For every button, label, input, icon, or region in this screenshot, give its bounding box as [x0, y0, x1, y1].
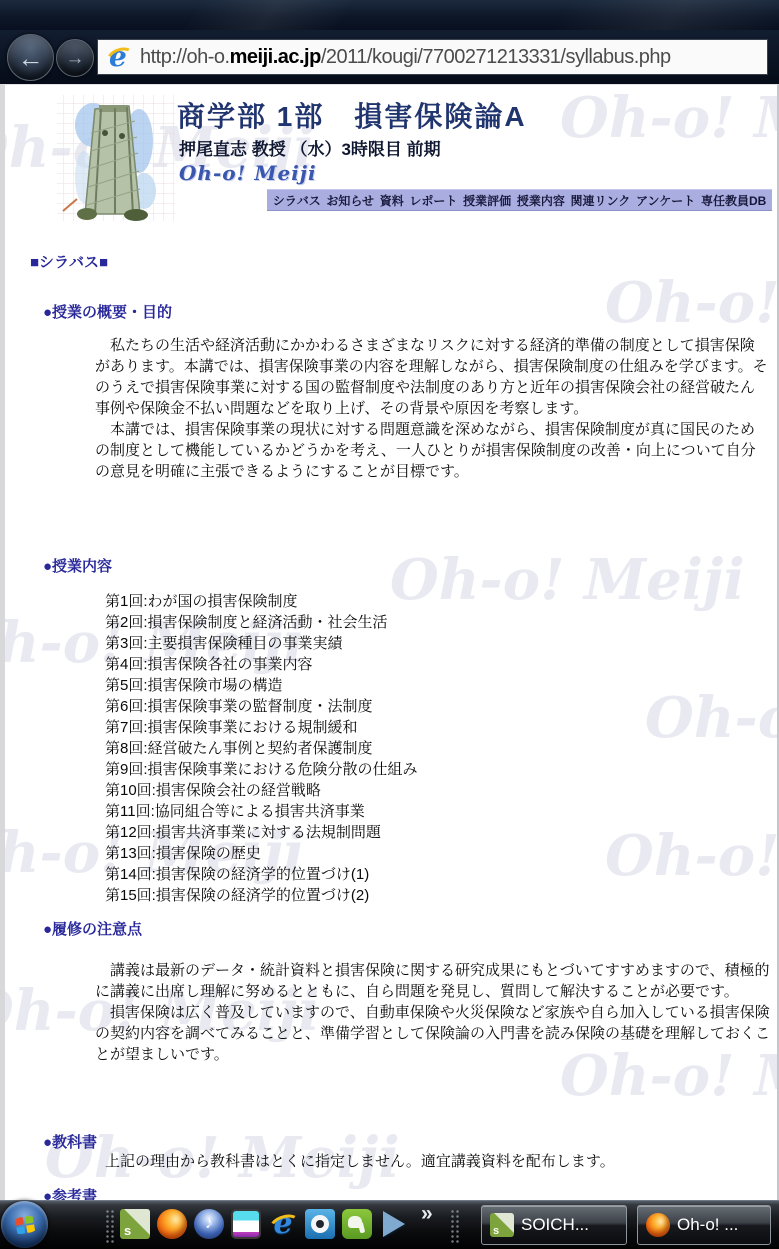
section-heading-reference: ●参考書 — [43, 1185, 97, 1200]
overview-paragraphs: 私たちの生活や経済活動にかかわるさまざまなリスクに対する経済的準備の制度として損… — [95, 335, 769, 533]
taskbar-window-label: Oh-o! ... — [677, 1215, 738, 1235]
media-app-icon[interactable] — [305, 1209, 335, 1239]
week-item: 第8回:経営破たん事例と契約者保護制度 — [105, 738, 705, 759]
shell-app-icon: s — [490, 1213, 514, 1237]
media-player-icon[interactable] — [379, 1209, 409, 1239]
address-bar[interactable]: e http://oh-o.meiji.ac.jp/2011/kougi/770… — [97, 39, 768, 75]
oh-o-meiji-logo: Oh-o! Meiji — [179, 161, 317, 185]
week-item: 第1回:わが国の損害保険制度 — [105, 591, 705, 612]
ie-favicon: e — [106, 44, 132, 70]
shell-app-icon[interactable]: s — [120, 1209, 150, 1239]
taskbar-window-oh-o-meiji[interactable]: Oh-o! ... — [637, 1205, 771, 1245]
watermark-text: Oh-o! Meiji — [560, 85, 779, 151]
window-titlebar[interactable] — [0, 0, 779, 30]
overview-paragraph-1: 私たちの生活や経済活動にかかわるさまざまなリスクに対する経済的準備の制度として損… — [95, 335, 769, 419]
taskbar: s ♪ e » s SOICH... Oh-o! ... — [0, 1200, 779, 1249]
back-button[interactable]: ← — [7, 34, 54, 81]
taskbar-window-label: SOICH... — [521, 1215, 589, 1235]
internet-explorer-icon[interactable]: e — [268, 1209, 298, 1239]
forward-arrow-icon: → — [66, 49, 85, 68]
week-item: 第6回:損害保険事業の監督制度・法制度 — [105, 696, 705, 717]
nav-tab-report[interactable]: レポート — [409, 192, 457, 209]
overview-paragraph-2: 本講では、損害保険事業の現状に対する問題意識を深めながら、損害保険制度が真に国民… — [95, 419, 769, 482]
aero-glass-streak — [173, 0, 358, 30]
taskbar-window-soich[interactable]: s SOICH... — [481, 1205, 627, 1245]
course-nav-bar: シラバス お知らせ 資料 レポート 授業評価 授業内容 関連リンク アンケート … — [267, 189, 772, 211]
section-heading-textbook: ●教科書 — [43, 1131, 97, 1152]
nav-tab-materials[interactable]: 資料 — [380, 192, 404, 209]
notes-paragraphs: 講義は最新のデータ・統計資料と損害保険に関する研究成果にもとづいてすすめますので… — [95, 960, 773, 1112]
section-heading-overview: ●授業の概要・目的 — [43, 301, 172, 322]
notes-paragraph-1: 講義は最新のデータ・統計資料と損害保険に関する研究成果にもとづいてすすめますので… — [95, 960, 773, 1002]
start-button[interactable] — [1, 1201, 48, 1248]
device-app-icon[interactable] — [231, 1209, 261, 1239]
url-scheme: http://oh-o. — [140, 46, 230, 68]
page-content: Oh-o! Meiji Oh-o! Meiji Oh-o! Meiji Oh-o… — [0, 84, 779, 1200]
section-heading-notes: ●履修の注意点 — [43, 918, 142, 939]
week-item: 第10回:損害保険会社の経営戦略 — [105, 780, 705, 801]
itunes-icon[interactable]: ♪ — [194, 1209, 224, 1239]
week-item: 第12回:損害共済事業に対する法規制問題 — [105, 822, 705, 843]
week-item: 第9回:損害保険事業における危険分散の仕組み — [105, 759, 705, 780]
url-domain: meiji.ac.jp — [230, 46, 321, 68]
page-heading-syllabus: ■シラバス■ — [30, 251, 108, 272]
quick-launch-bar: s ♪ e — [120, 1209, 409, 1239]
week-item: 第13回:損害保険の歴史 — [105, 843, 705, 864]
aero-glass-streak — [543, 0, 779, 30]
course-title: 商学部 1部 損害保険論A — [177, 95, 527, 135]
week-item: 第2回:損害保険制度と経済活動・社会生活 — [105, 612, 705, 633]
week-item: 第3回:主要損害保険種目の事業実績 — [105, 633, 705, 654]
week-item: 第7回:損害保険事業における規制緩和 — [105, 717, 705, 738]
class-schedule-list: 第1回:わが国の損害保険制度 第2回:損害保険制度と経済活動・社会生活 第3回:… — [105, 591, 705, 908]
liberty-tower-illustration — [43, 93, 183, 223]
watermark-text: Oh-o! Meiji — [605, 270, 779, 336]
section-heading-content: ●授業内容 — [43, 555, 112, 576]
textbook-paragraph: 上記の理由から教科書はとくに指定しません。適宜講義資料を配布します。 — [105, 1151, 765, 1173]
nav-tab-class-evaluation[interactable]: 授業評価 — [463, 192, 511, 209]
taskbar-grip[interactable] — [450, 1209, 459, 1243]
nav-tab-questionnaire[interactable]: アンケート — [636, 192, 695, 209]
browser-chrome: ← → e http://oh-o.meiji.ac.jp/2011/kougi… — [0, 30, 779, 85]
week-item: 第14回:損害保険の経済学的位置づけ(1) — [105, 864, 705, 885]
week-item: 第4回:損害保険各社の事業内容 — [105, 654, 705, 675]
evernote-icon[interactable] — [342, 1209, 372, 1239]
quick-launch-overflow-chevron[interactable]: » — [421, 1202, 433, 1226]
forward-button[interactable]: → — [56, 39, 94, 77]
week-item: 第11回:協同組合等による損害共済事業 — [105, 801, 705, 822]
nav-tab-news[interactable]: お知らせ — [326, 192, 374, 209]
nav-tab-related-links[interactable]: 関連リンク — [571, 192, 631, 209]
screenshot-root: ← → e http://oh-o.meiji.ac.jp/2011/kougi… — [0, 0, 779, 1249]
url-path: /2011/kougi/7700271213331/syllabus.php — [321, 46, 671, 68]
nav-tab-faculty-db[interactable]: 専任教員DB — [701, 192, 766, 209]
nav-tab-syllabus[interactable]: シラバス — [273, 192, 321, 209]
back-arrow-icon: ← — [18, 45, 44, 71]
nav-tab-class-content[interactable]: 授業内容 — [517, 192, 565, 209]
course-instructor-line: 押尾直志 教授 （水）3時限目 前期 — [179, 135, 441, 160]
firefox-icon — [646, 1213, 670, 1237]
firefox-icon[interactable] — [157, 1209, 187, 1239]
windows-logo-icon — [14, 1214, 36, 1236]
url-text: http://oh-o.meiji.ac.jp/2011/kougi/77002… — [140, 46, 671, 69]
week-item: 第15回:損害保険の経済学的位置づけ(2) — [105, 885, 705, 906]
week-item: 第5回:損害保険市場の構造 — [105, 675, 705, 696]
notes-paragraph-2: 損害保険は広く普及していますので、自動車保険や火災保険など家族や自ら加入している… — [95, 1002, 773, 1065]
taskbar-grip[interactable] — [105, 1209, 114, 1243]
